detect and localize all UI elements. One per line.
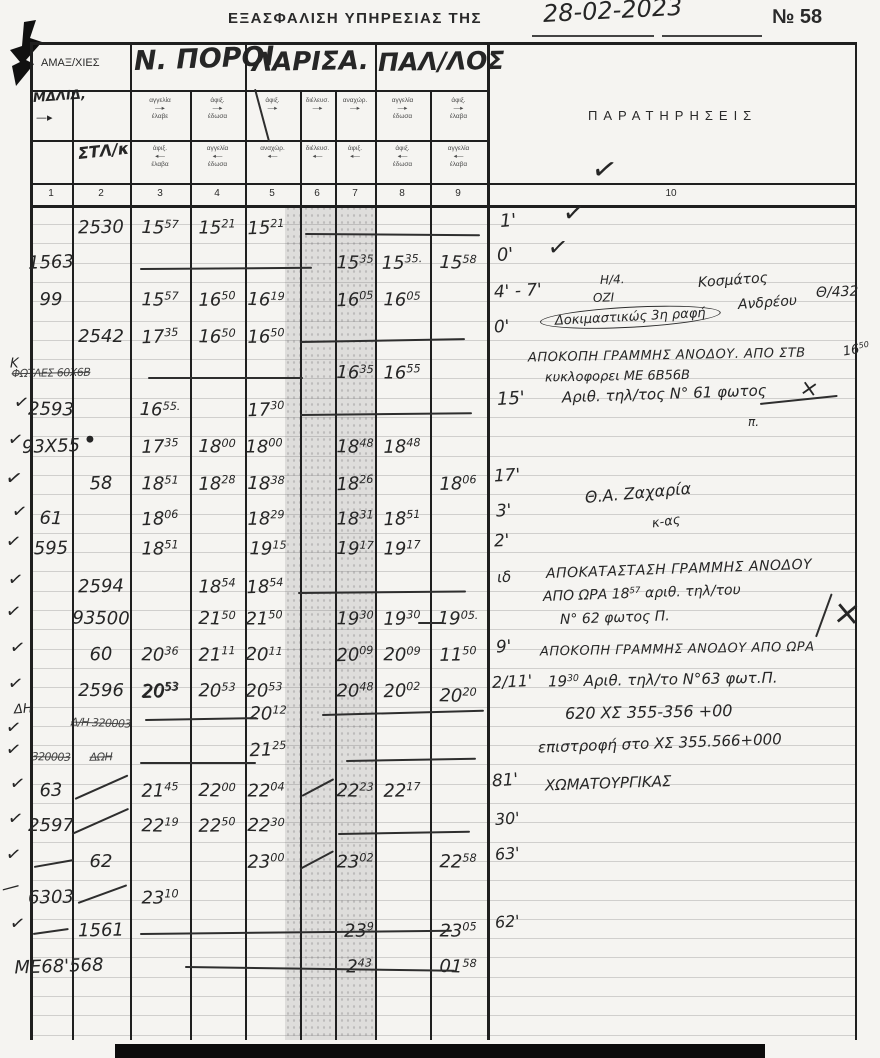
log-cell-value: 2217 xyxy=(383,781,420,801)
form-title: ΕΞΑΣΦΑΛΙΣΗ ΥΠΗΡΕΣΙΑΣ ΤΗΣ xyxy=(228,10,482,27)
log-cell-value: 1730 xyxy=(247,400,285,420)
table-border xyxy=(30,183,857,185)
log-cell-value: 1831 xyxy=(336,509,373,528)
handwritten-note: 1650 xyxy=(842,341,871,359)
log-cell-value: 1650 xyxy=(247,327,284,347)
check-mark: ✓ xyxy=(10,502,28,522)
sheet-number: № 58 xyxy=(772,6,822,29)
pen-stroke xyxy=(418,622,444,624)
handwritten-note: Ανδρέου xyxy=(738,294,798,312)
log-cell-value: 1735 xyxy=(141,327,179,347)
log-cell-value: 2048 xyxy=(336,681,373,700)
handwritten-note: 9' xyxy=(496,639,512,657)
log-cell-value: Δ/Η 320003 xyxy=(71,716,131,729)
log-cell-value: 2258 xyxy=(439,852,476,872)
ruled-line xyxy=(30,803,855,804)
pen-stroke xyxy=(33,928,69,935)
log-cell-value: 1635 xyxy=(336,363,374,383)
handwritten-note: 30' xyxy=(494,810,520,828)
table-border xyxy=(430,90,432,1040)
pen-stroke xyxy=(148,377,303,379)
column-number: 4 xyxy=(214,188,220,199)
column-header-amaxies: ΑΜΑΞ/ΧΙΕΣ xyxy=(41,57,100,69)
sub-column-label: διέλευσ.◂— xyxy=(300,145,335,161)
log-cell-value: 63 xyxy=(39,782,63,801)
ruled-line xyxy=(30,1035,855,1036)
check-mark: ✓ xyxy=(8,914,26,934)
handwritten-note: ● xyxy=(86,436,94,445)
log-cell-value: 243 xyxy=(346,957,372,977)
log-cell-value: 2002 xyxy=(383,681,421,701)
log-cell-value: 2053 xyxy=(198,681,235,701)
handwritten-note: 620 ΧΣ 355-356 +00 xyxy=(565,703,733,722)
handwritten-note: 1' xyxy=(499,212,517,231)
check-mark: ✓ xyxy=(4,845,22,865)
handwritten-note: Δοκιμαστικώς 3η ραφή xyxy=(539,302,721,332)
pen-stroke xyxy=(78,884,128,904)
log-cell-value: 1605 xyxy=(336,290,374,310)
log-cell-value: 2310 xyxy=(141,888,178,907)
sub-column-label: άφιξ.◂— xyxy=(335,145,375,161)
column-number: 3 xyxy=(157,188,163,199)
log-cell-value: 0158 xyxy=(439,957,477,977)
log-cell-value: 1829 xyxy=(247,509,284,529)
table-border xyxy=(855,42,857,1040)
log-cell-value: 58 xyxy=(89,475,113,494)
table-border xyxy=(245,42,247,1040)
handwritten-note: ιδ xyxy=(496,570,511,586)
handwritten-note: π. xyxy=(748,416,759,428)
log-cell-value: 1558 xyxy=(439,253,477,273)
sub-column-label: άφιξ.—▸ xyxy=(245,97,300,113)
pen-stroke xyxy=(815,593,833,637)
check-mark: ✓ xyxy=(12,393,30,413)
column-number: 10 xyxy=(665,188,676,199)
handwritten-note: 0' xyxy=(494,319,510,337)
log-cell-value: 1854 xyxy=(246,577,284,597)
check-mark: ✓ xyxy=(4,532,22,552)
check-mark: ✓ xyxy=(4,718,22,738)
log-cell-value: 1605 xyxy=(383,290,420,310)
sub-column-label: διέλευσ.—▸ xyxy=(300,97,335,113)
log-cell-value: 2150 xyxy=(245,609,282,628)
log-cell-value: 1521 xyxy=(247,218,285,238)
log-cell-value: 1930 xyxy=(383,609,420,629)
check-mark: ✓ xyxy=(4,740,22,760)
pen-stroke xyxy=(300,412,472,416)
log-cell-value: ΦΩΤΛΕΣ 60Χ6Β xyxy=(12,367,91,379)
scanned-service-log-sheet: ΕΞΑΣΦΑΛΙΣΗ ΥΠΗΡΕΣΙΑΣ ΤΗΣ 28-02-2023 № 58… xyxy=(0,0,880,1058)
handwritten-note: Η/4. xyxy=(600,273,625,286)
log-cell-value: 2250 xyxy=(198,816,235,836)
table-border xyxy=(30,205,857,208)
log-cell-value: 2219 xyxy=(141,816,178,836)
log-cell-value: 1828 xyxy=(198,474,235,494)
check-mark: ✓ xyxy=(8,774,26,794)
log-cell-value: 1150 xyxy=(439,645,476,665)
log-cell-value: 1915 xyxy=(249,539,286,559)
log-cell-value: ΜΕ68'568 xyxy=(14,956,104,977)
log-cell-value: 1851 xyxy=(383,509,421,529)
log-cell-value: 1806 xyxy=(141,509,179,529)
table-border xyxy=(30,140,487,142)
log-cell-value: 93Χ55 xyxy=(22,437,81,457)
sub-column-label: αγγελία—▸έλαβε xyxy=(130,97,190,121)
handwritten-note: Θ.Α. Ζαχαρία xyxy=(584,481,691,506)
handwritten-note: 2/11' xyxy=(492,673,533,691)
sub-column-label: άφιξ.◂—έδωσα xyxy=(375,145,430,169)
pen-stroke xyxy=(140,762,256,764)
handwritten-note: Ν° 62 φωτος Π. xyxy=(560,609,670,627)
log-cell-value: 2012 xyxy=(249,704,286,724)
handwritten-note: ΑΠΟΚΟΠΗ ΓΡΑΜΜΗΣ ΑΝΟΔΟΥ. ΑΠΟ ΣΤΒ xyxy=(528,347,806,365)
ruled-line xyxy=(30,533,855,534)
log-cell-value: 2011 xyxy=(245,645,283,665)
log-cell-value: 320003 xyxy=(31,751,70,763)
check-mark: ✓ xyxy=(561,199,586,228)
ruled-line xyxy=(30,880,855,881)
log-cell-value: 1917 xyxy=(383,539,420,558)
sub-column-label: αγγελία◂—έλαβα xyxy=(430,145,487,169)
log-cell-value: 1826 xyxy=(336,474,374,494)
sub-column-label: αγγελία◂—έδωσα xyxy=(190,145,245,169)
handwritten-note: κ-ας xyxy=(651,514,681,531)
column-number: 2 xyxy=(98,188,104,199)
log-cell-value: 2530 xyxy=(78,219,124,238)
log-cell-value: 2036 xyxy=(141,645,178,665)
log-cell-value: 1930 xyxy=(336,609,373,629)
check-mark: ✓ xyxy=(6,809,24,829)
log-cell-value: 1806 xyxy=(439,474,476,494)
log-cell-value: 595 xyxy=(34,540,69,559)
check-mark: ✓ xyxy=(546,234,569,261)
sub-column-label: αγγελία—▸έδωσα xyxy=(375,97,430,121)
log-cell-value: 1557 xyxy=(141,218,179,238)
handwritten-note: επιστροφή στο ΧΣ 355.566+000 xyxy=(538,732,782,756)
log-cell-value: 60 xyxy=(89,646,113,665)
log-cell-value: 2150 xyxy=(198,609,236,629)
handwritten-note: ΑΠΟΚΟΠΗ ΓΡΑΜΜΗΣ ΑΝΟΔΟΥ ΑΠΟ ΩΡΑ xyxy=(540,641,815,659)
handwritten-col2-note: ΣΤΛ/κ xyxy=(77,141,130,162)
column-header-observations: ΠΑΡΑΤΗΡΗΣΕΙΣ xyxy=(588,108,757,123)
check-mark: ✓ xyxy=(6,430,24,450)
log-cell-value: 1619 xyxy=(247,290,285,310)
ruled-line xyxy=(30,243,855,244)
handwritten-note: Θ/432 xyxy=(816,285,859,300)
column-number: 9 xyxy=(455,188,461,199)
column-number: 7 xyxy=(352,188,358,199)
log-cell-value: 1557 xyxy=(141,290,178,310)
handwritten-note: ΑΠΟΚΑΤΑΣΤΑΣΗ ΓΡΑΜΜΗΣ ΑΝΟΔΟΥ xyxy=(546,558,813,581)
log-cell-value: 2053 xyxy=(245,681,282,701)
scan-artifact-bar xyxy=(115,1044,765,1058)
log-cell-value: 1851 xyxy=(141,474,178,494)
handwritten-note: 63' xyxy=(494,845,520,863)
ruled-line xyxy=(30,629,855,630)
log-cell-value: 2204 xyxy=(247,781,284,800)
pen-stroke xyxy=(75,774,129,799)
column-number: 5 xyxy=(269,188,275,199)
handwritten-note: × xyxy=(832,595,863,631)
ruled-line xyxy=(30,842,855,843)
log-cell-value: 6303 xyxy=(28,889,74,908)
log-cell-value: 2594 xyxy=(78,578,124,597)
log-cell-value: 2542 xyxy=(78,328,124,346)
handwritten-note: 62' xyxy=(494,913,520,931)
log-cell-value: 2597 xyxy=(28,817,74,835)
handwritten-note: 4' - 7' xyxy=(494,282,543,301)
handwritten-note: 2' xyxy=(494,533,510,551)
log-cell-value: 1800 xyxy=(198,437,236,457)
table-border xyxy=(30,42,857,45)
log-cell-value: 1563 xyxy=(28,253,74,273)
table-border xyxy=(30,90,487,92)
log-cell-value: 1838 xyxy=(247,474,285,494)
log-cell-value: 1800 xyxy=(245,437,282,456)
ruled-line xyxy=(30,726,855,727)
log-cell-value: 2009 xyxy=(336,645,374,665)
table-border xyxy=(130,42,132,1040)
sub-column-label: άφιξ.◂—έλαβα xyxy=(130,145,190,169)
log-cell-value: 99 xyxy=(40,291,63,309)
handwritten-note: Κ xyxy=(10,358,19,371)
log-cell-value: 2125 xyxy=(249,740,287,760)
handwritten-note: — xyxy=(0,877,22,899)
pen-stroke xyxy=(145,717,257,721)
sub-column-label: άφιξ.—▸έλαβα xyxy=(430,97,487,121)
table-border xyxy=(190,90,192,1040)
check-mark: ✓ xyxy=(6,674,24,694)
log-cell-value: 1655 xyxy=(383,363,420,382)
log-cell-value: 1650 xyxy=(198,327,235,347)
handwritten-note: κυκλοφορει ΜΕ 6Β56Β xyxy=(545,369,690,385)
check-mark: ✓ xyxy=(4,602,22,622)
ruled-line xyxy=(30,996,855,997)
log-cell-value: 2200 xyxy=(198,781,236,801)
log-cell-value: 1854 xyxy=(198,577,235,596)
log-cell-value: 1521 xyxy=(198,218,235,237)
handwritten-note: ΧΩΜΑΤΟΥΡΓΙΚΑΣ xyxy=(545,774,672,793)
handwritten-note: Κοσμάτος xyxy=(698,271,769,290)
log-cell-value: 2300 xyxy=(247,852,284,872)
handwritten-col1-arrow: —▸ xyxy=(36,112,53,123)
log-cell-value: 1535. xyxy=(382,253,423,273)
log-cell-value: 93500 xyxy=(72,610,130,629)
log-cell-value: 2145 xyxy=(141,781,178,801)
sub-column-label: αναχώρ.◂— xyxy=(245,145,300,161)
handwritten-note: Αριθ. τηλ/τος Ν° 61 φωτος xyxy=(562,383,767,405)
log-cell-value: 1905. xyxy=(437,609,478,630)
log-cell-value: 2020 xyxy=(439,686,476,706)
log-cell-value: 2230 xyxy=(247,816,285,836)
pen-stroke xyxy=(298,591,466,594)
log-cell-value: 1655. xyxy=(139,400,180,421)
log-cell-value: 1851 xyxy=(141,539,178,558)
log-cell-value: 62 xyxy=(90,853,113,871)
log-cell-value: 1535 xyxy=(336,253,373,273)
ruled-line xyxy=(30,1015,855,1016)
station-name-pallos: ΠΑΛ/ΛΟΣ xyxy=(378,48,505,75)
log-cell-value: 1848 xyxy=(336,437,373,457)
log-cell-value: ΔΩΗ xyxy=(90,751,113,762)
log-cell-value: 1561 xyxy=(78,922,124,941)
handwritten-note: 1930 Αριθ. τηλ/το Ν°63 φωτ.Π. xyxy=(548,670,778,689)
log-cell-value: 2223 xyxy=(336,781,373,801)
log-cell-value: 1650 xyxy=(198,290,235,310)
log-cell-value: 2302 xyxy=(336,852,373,871)
log-cell-value: 1735 xyxy=(141,437,178,457)
table-border xyxy=(375,42,377,1040)
service-date: 28-02-2023 xyxy=(542,0,683,26)
log-cell-value: 2053 xyxy=(141,681,179,701)
handwritten-note: 0' xyxy=(496,246,514,265)
table-border xyxy=(487,42,490,1040)
log-cell-value: 2593 xyxy=(28,401,74,420)
handwritten-note: ΑΠΟ ΩΡΑ 1857 αριθ. τηλ/του xyxy=(543,583,741,604)
log-cell-value: 2596 xyxy=(78,682,124,700)
handwritten-note: ΟΖΙ xyxy=(593,291,615,304)
station-name-larisa: ΛΑΡΙΣΑ. xyxy=(252,48,369,76)
ruled-line xyxy=(30,764,855,765)
handwritten-note: 15' xyxy=(497,390,526,409)
handwritten-note: 17' xyxy=(494,467,521,485)
column-number: 8 xyxy=(399,188,405,199)
column-number: 6 xyxy=(314,188,320,199)
log-cell-value: 1917 xyxy=(336,539,374,559)
handwritten-note: 81' xyxy=(491,772,518,791)
ruled-line xyxy=(30,321,855,322)
check-mark: ✓ xyxy=(4,466,25,489)
column-number: 1 xyxy=(48,188,54,199)
table-border xyxy=(300,90,302,1040)
check-mark: ✓ xyxy=(6,570,24,590)
sub-column-label: αναχώρ.—▸ xyxy=(335,97,375,113)
log-cell-value: 61 xyxy=(39,510,63,529)
log-cell-value: 1848 xyxy=(383,437,420,457)
date-underline xyxy=(532,34,654,37)
check-mark: ✓ xyxy=(8,638,26,658)
sub-column-label: άφιξ.—▸έδωσα xyxy=(190,97,245,121)
log-cell-value: 2009 xyxy=(383,645,420,665)
log-cell-value: 2111 xyxy=(198,645,235,665)
date-underline xyxy=(662,34,762,37)
handwritten-note: ΔΗ xyxy=(14,702,34,716)
handwritten-note: 3' xyxy=(496,503,512,521)
